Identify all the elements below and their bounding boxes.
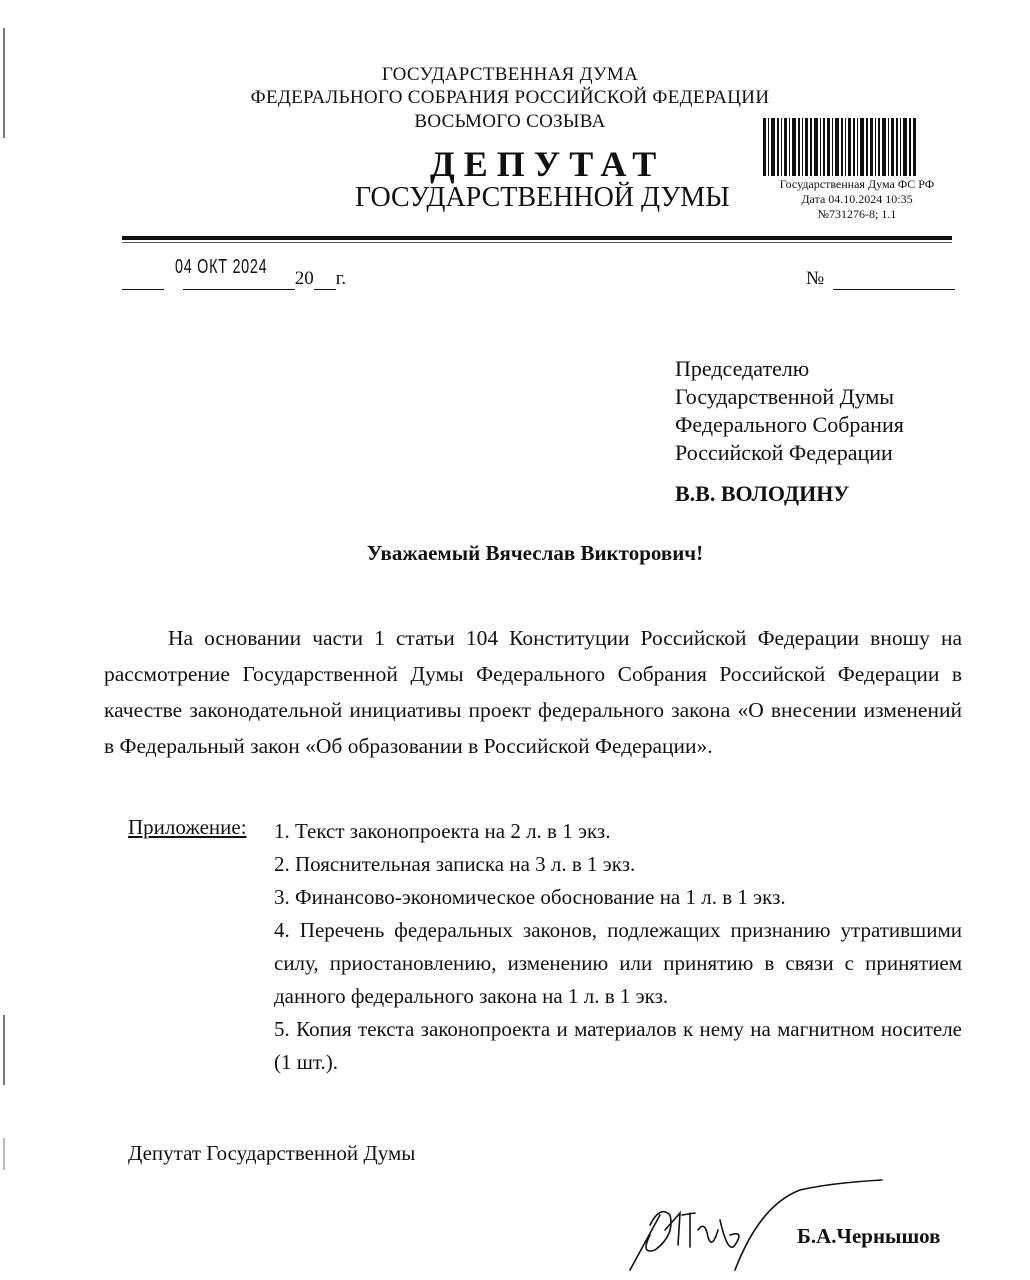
addressee-line: Российской Федерации <box>675 439 904 467</box>
addressee-block: Председателю Государственной Думы Федера… <box>675 355 904 467</box>
attachment-item: 4. Перечень федеральных законов, подлежа… <box>274 914 962 1013</box>
month-blank <box>183 271 295 290</box>
barcode <box>763 118 953 176</box>
day-blank <box>122 271 164 290</box>
addressee-line: Государственной Думы <box>675 383 904 411</box>
attachments-label: Приложение: <box>128 815 247 840</box>
attachments-list: 1. Текст законопроекта на 2 л. в 1 экз. … <box>274 815 962 1079</box>
number-blank <box>833 271 955 290</box>
stamp-number: №731276-8; 1.1 <box>752 207 962 222</box>
stamp-date: Дата 04.10.2024 10:35 <box>752 192 962 207</box>
letterhead-subtitle: ГОСУДАРСТВЕННОЙ ДУМЫ <box>355 182 730 214</box>
number-label: № <box>806 268 824 289</box>
year-blank <box>314 271 336 290</box>
body-paragraph: На основании части 1 статьи 104 Конститу… <box>104 620 962 764</box>
year-prefix: 20 <box>295 268 314 289</box>
attachment-item: 3. Финансово-экономическое обоснование н… <box>274 881 962 914</box>
year-suffix: г. <box>336 268 346 289</box>
addressee-line: Председателю <box>675 355 904 383</box>
scan-edge-artifact <box>3 1015 5 1085</box>
stamp-org: Государственная Дума ФС РФ <box>752 177 962 192</box>
addressee-name: В.В. ВОЛОДИНУ <box>675 481 849 507</box>
header-rule <box>122 236 952 240</box>
salutation: Уважаемый Вячеслав Викторович! <box>0 541 1030 566</box>
signer-title: Депутат Государственной Думы <box>128 1141 415 1166</box>
scan-edge-artifact <box>3 1138 5 1170</box>
letterhead-line-1: ГОСУДАРСТВЕННАЯ ДУМА <box>0 64 1025 86</box>
attachment-item: 5. Копия текста законопроекта и материал… <box>274 1013 962 1079</box>
header-rule-thin <box>122 242 952 243</box>
attachment-item: 2. Пояснительная записка на 3 л. в 1 экз… <box>274 848 962 881</box>
number-line: № <box>806 268 955 290</box>
letterhead-line-2: ФЕДЕРАЛЬНОГО СОБРАНИЯ РОССИЙСКОЙ ФЕДЕРАЦ… <box>0 87 1025 109</box>
letter-body: На основании части 1 статьи 104 Конститу… <box>104 620 962 764</box>
addressee-line: Федерального Собрания <box>675 411 904 439</box>
signer-name: Б.А.Чернышов <box>797 1224 941 1249</box>
registration-stamp: Государственная Дума ФС РФ Дата 04.10.20… <box>752 177 962 222</box>
date-line: 20г. <box>122 268 346 290</box>
attachment-item: 1. Текст законопроекта на 2 л. в 1 экз. <box>274 815 962 848</box>
